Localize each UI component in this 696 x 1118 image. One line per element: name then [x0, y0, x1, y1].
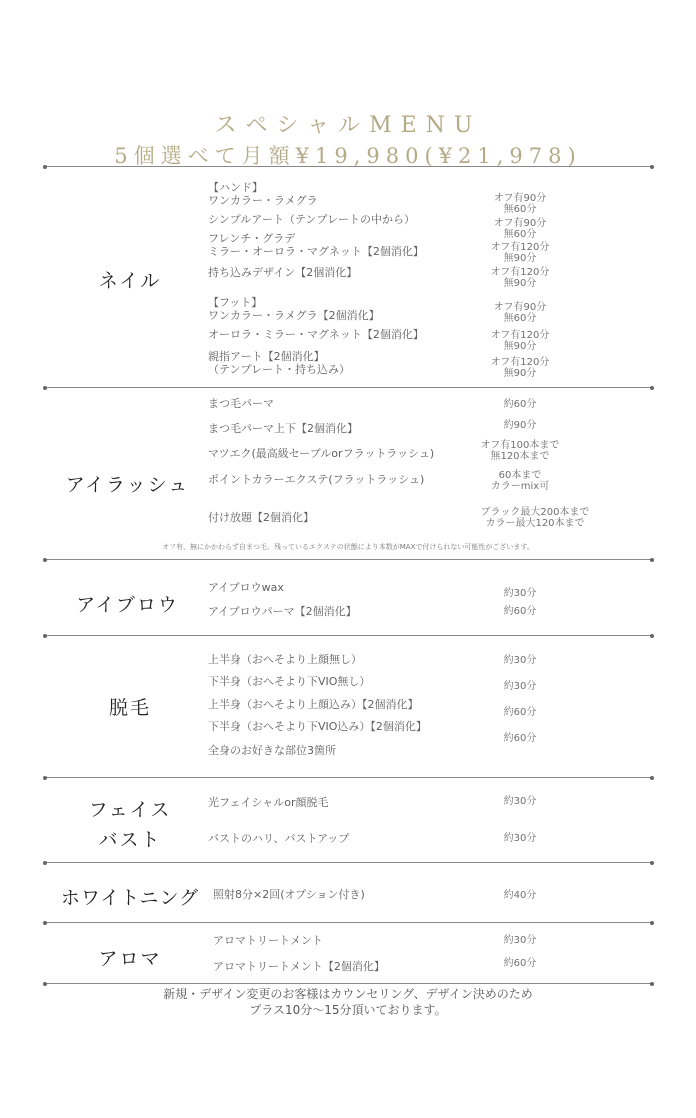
divider: [45, 387, 652, 388]
face-time: 約30分: [490, 796, 550, 807]
nail-time: オフ有120分 無90分: [470, 330, 570, 352]
hair-removal-item: 全身のお好きな部位3箇所: [208, 744, 336, 757]
whitening-time: 約40分: [490, 890, 550, 901]
eyelash-time: 60本まで カラーmix可: [470, 470, 570, 492]
eyelash-item: マツエク(最高級セーブルorフラットラッシュ): [208, 447, 434, 460]
hair-removal-item: 下半身（おへそより下VIO込み）【2個消化】: [208, 720, 427, 733]
nail-item: 【フット】 ワンカラー・ラメグラ【2個消化】: [208, 296, 380, 322]
aroma-time: 約30分: [490, 935, 550, 946]
nail-item: 持ち込みデザイン【2個消化】: [208, 266, 357, 279]
hair-removal-time: 約60分: [490, 707, 550, 718]
divider: [45, 862, 652, 863]
category-whitening: ホワイトニング: [50, 883, 210, 910]
eyebrow-time: 約60分: [490, 606, 550, 617]
hair-removal-item: 上半身（おへそより上顔込み）【2個消化】: [208, 698, 419, 711]
eyebrow-item: アイブロウパーマ【2個消化】: [208, 605, 357, 618]
category-face: フェイス: [60, 795, 200, 822]
aroma-time: 約60分: [490, 958, 550, 969]
footer-note: 新規・デザイン変更のお客様はカウンセリング、デザイン決めのため プラス10分〜1…: [0, 986, 696, 1018]
aroma-item: アロマトリートメント: [213, 934, 323, 947]
eyelash-time: ブラック最大200本まで カラー最大120本まで: [470, 507, 600, 529]
divider: [45, 777, 652, 778]
divider: [45, 983, 652, 984]
eyelash-item: まつ毛パーマ上下【2個消化】: [208, 422, 358, 435]
eyelash-time: 約90分: [470, 420, 570, 431]
nail-item: 親指アート【2個消化】 （テンプレート・持ち込み）: [208, 350, 350, 376]
hair-removal-time: 約30分: [490, 681, 550, 692]
divider: [45, 635, 652, 636]
nail-time: オフ有90分 無60分: [470, 218, 570, 240]
eyebrow-item: アイブロウwax: [208, 581, 284, 594]
nail-time: オフ有90分 無60分: [470, 193, 570, 215]
nail-time: オフ有90分 無60分: [470, 302, 570, 324]
category-hair-removal: 脱毛: [60, 693, 200, 720]
nail-time: オフ有120分 無90分: [470, 242, 570, 264]
divider: [45, 922, 652, 923]
aroma-item: アロマトリートメント【2個消化】: [213, 960, 385, 973]
eyelash-time: オフ有100本まで 無120本まで: [470, 440, 570, 462]
hair-removal-time: 約30分: [490, 655, 550, 666]
eyelash-note: オフ有、無にかかわらず自まつ毛、残っているエクステの状態により本数がMAXで付け…: [0, 542, 696, 552]
face-item: 光フェイシャルor顔脱毛: [208, 796, 328, 809]
category-eyelash: アイラッシュ: [55, 470, 200, 497]
category-nail: ネイル: [60, 266, 200, 293]
eyelash-item: 付け放題【2個消化】: [208, 511, 314, 524]
eyelash-item: まつ毛パーマ: [208, 397, 274, 410]
hair-removal-item: 下半身（おへそより下VIO無し）: [208, 675, 370, 688]
nail-item: 【ハンド】 ワンカラー・ラメグラ: [208, 181, 318, 207]
eyebrow-time: 約30分: [490, 588, 550, 599]
divider: [45, 166, 652, 167]
category-aroma: アロマ: [60, 944, 200, 971]
nail-time: オフ有120分 無90分: [470, 267, 570, 289]
nail-time: オフ有120分 無90分: [470, 357, 570, 379]
hair-removal-item: 上半身（おへそより上顔無し）: [208, 653, 362, 666]
divider: [45, 559, 652, 560]
eyelash-time: 約60分: [470, 399, 570, 410]
nail-item: フレンチ・グラデ ミラー・オーロラ・マグネット【2個消化】: [208, 232, 424, 258]
bust-time: 約30分: [490, 833, 550, 844]
nail-item: シンプルアート（テンプレートの中から）: [208, 213, 415, 226]
bust-item: バストのハリ、バストアップ: [208, 832, 349, 845]
category-eyebrow: アイブロウ: [55, 590, 200, 617]
eyelash-item: ポイントカラーエクステ(フラットラッシュ): [208, 473, 424, 486]
category-bust: バスト: [60, 825, 200, 852]
whitening-item: 照射8分×2回(オプション付き): [213, 888, 365, 901]
hair-removal-time: 約60分: [490, 733, 550, 744]
nail-item: オーロラ・ミラー・マグネット【2個消化】: [208, 328, 424, 341]
menu-title: スペシャルMENU: [0, 108, 696, 139]
